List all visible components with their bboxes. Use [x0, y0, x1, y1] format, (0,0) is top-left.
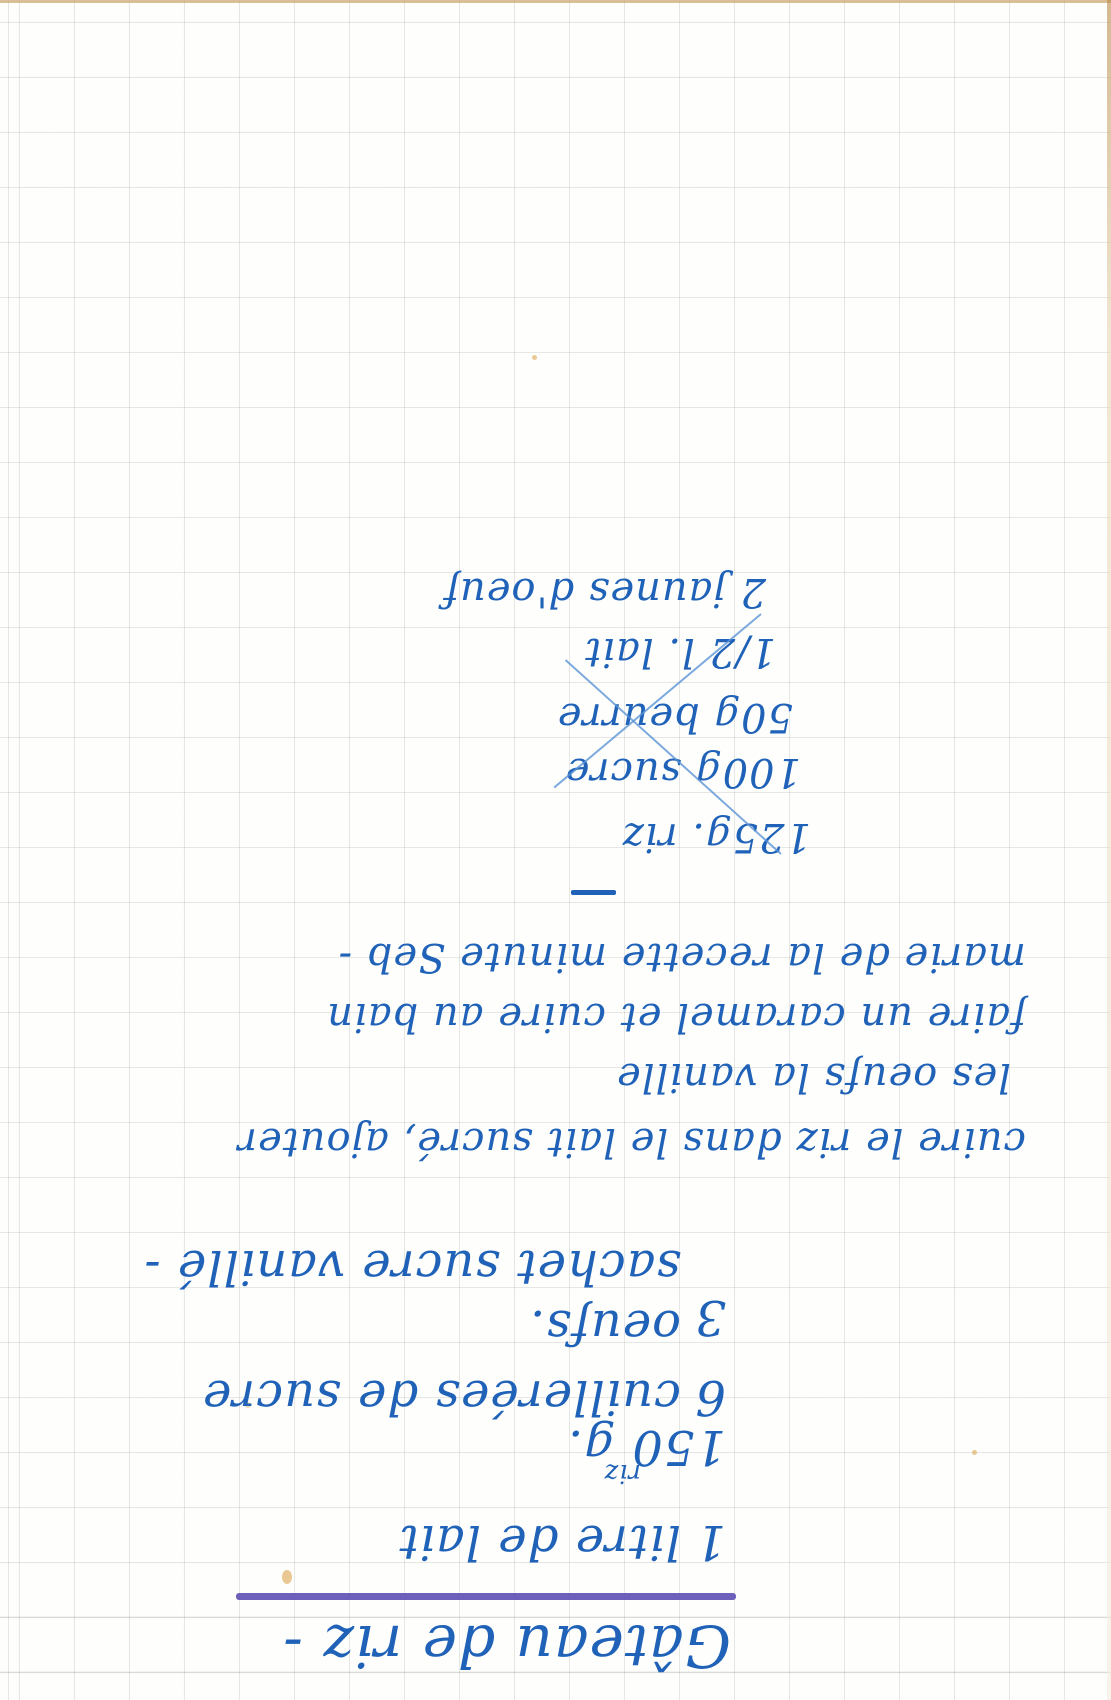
ingredient-qty: 6 [694, 1369, 726, 1425]
ingredient-qty: 1 [694, 1514, 726, 1570]
instruction-line: les oeufs la vanille [616, 1054, 1011, 1100]
ingredient-text: oeufs. [529, 1299, 681, 1355]
variant-ingredient: 50g beurre [557, 694, 793, 740]
ingredient-sup: riz [604, 1458, 641, 1488]
instruction-line: cuire le riz dans le lait sucré, ajouter [237, 1119, 1026, 1165]
ingredient-qty: 3 [694, 1289, 726, 1345]
variant-ingredient: 2 jaunes d'oeuf [443, 569, 766, 615]
title-underline [236, 1593, 736, 1600]
variant-ingredient: 125g. riz [622, 814, 811, 860]
section-dash [571, 890, 616, 895]
ingredient-text: litre de lait [398, 1514, 681, 1570]
instruction-line: marie de la recette minute Seb - [338, 934, 1026, 980]
recipe-title: Gâteau de riz - [282, 1612, 731, 1680]
ingredient-text: sachet sucre vanillé - [143, 1239, 681, 1295]
instruction-line: faire un caramel et cuire au bain [326, 994, 1026, 1040]
ingredient-text: cuillerées de sucre [202, 1369, 681, 1425]
upside-down-content: Gâteau de riz - 1 litre de lait 150 g. r… [0, 0, 1111, 1700]
variant-ingredient: 1/2 l. lait [584, 629, 776, 675]
ingredient-qty: 150 g. [567, 1419, 726, 1475]
variant-ingredient: 100g sucre [565, 749, 801, 795]
